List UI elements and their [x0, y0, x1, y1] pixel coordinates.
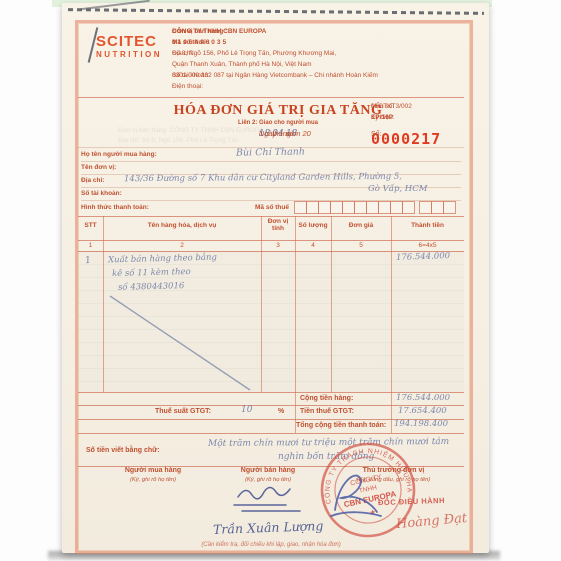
buyer-address2-handwritten: Gò Vấp, HCM [368, 184, 427, 194]
buyer-row-line [81, 161, 461, 162]
buyer-unit-label: Tên đơn vị: [81, 164, 116, 171]
buyer-name-label: Họ tên người mua hàng: [81, 151, 157, 158]
perforation-edge [68, 8, 484, 15]
seller-unit-value: CÔNG TY TNHH CBN EUROPA [172, 28, 266, 35]
tax-code-box [443, 201, 456, 214]
buyer-address-handwritten: 143/36 Đường số 7 Khu dân cư Cityland Ga… [124, 172, 402, 184]
director-role-overprint: ĐỐC ĐIỀU HÀNH [378, 496, 445, 507]
invoice-frame: SCITEC NUTRITION Đơn vị bán hàng : CÔNG … [75, 20, 473, 554]
col-number: 2 [103, 242, 261, 249]
col-header-unit: Đơn vị tính [261, 218, 295, 233]
seller-signature-title: Người bán hàng [213, 467, 323, 474]
buyer-name-handwritten: Bùi Chí Thanh [236, 146, 305, 158]
col-number: 5 [331, 242, 391, 249]
footer-note: (Cần kiểm tra, đối chiếu khi lập, giao, … [78, 542, 464, 548]
grand-total-handwritten: 194.198.400 [394, 419, 448, 429]
invoice-paper: SCITEC NUTRITION Đơn vị bán hàng : CÔNG … [62, 3, 489, 553]
col-header-description: Tên hàng hóa, dịch vụ [103, 222, 261, 229]
table-border [78, 240, 464, 241]
form-value: 01GTKT3/002 [371, 103, 412, 110]
table-border [78, 433, 464, 434]
header-divider [78, 97, 464, 98]
vat-rate-label: Thuế suất GTGT: [155, 408, 211, 416]
col-header-amount: Thành tiền [391, 222, 464, 229]
subtotal-label: Cộng tiền hàng: [300, 395, 353, 403]
table-border [78, 216, 464, 217]
payment-method-label: Hình thức thanh toán: [81, 204, 149, 211]
amount-in-words-label: Số tiền viết bằng chữ: [86, 447, 160, 455]
void-diagonal-line [78, 251, 464, 392]
col-number: 4 [295, 242, 331, 249]
logo-text-nutrition: NUTRITION [96, 50, 162, 59]
percent-sign: % [278, 408, 284, 416]
col-number: 3 [261, 242, 295, 249]
buyer-signature-sub: (Ký, ghi rõ họ tên) [98, 477, 208, 483]
tax-code-box [402, 201, 415, 214]
buyer-taxcode-label: Mã số thuế [255, 204, 289, 211]
seller-address-value: Số 8, Ngõ 156, Phố Lê Trọng Tấn, Phường … [172, 50, 336, 57]
grand-total-label: Tổng cộng tiền thanh toán: [296, 422, 386, 430]
director-signature-scribble [323, 466, 385, 524]
col-number: 1 [78, 242, 103, 249]
subtotal-handwritten: 176.544.000 [396, 393, 450, 403]
vat-amount-label: Tiền thuế GTGT: [300, 408, 354, 416]
seller-phone-label: Điện thoại: [172, 83, 203, 90]
invoice-number-label: Số: [371, 131, 382, 139]
seller-tax-value: 0106496035 [172, 39, 228, 46]
photo-background: SCITEC NUTRITION Đơn vị bán hàng : CÔNG … [0, 0, 561, 561]
col-header-unitprice: Đơn giá [331, 222, 391, 229]
seller-address-value2: Quận Thanh Xuân, Thành phố Hà Nội, Việt … [172, 61, 311, 68]
vat-rate-handwritten: 10 [241, 405, 252, 415]
seller-name-handwritten: Trần Xuân Lượng [213, 518, 324, 537]
buyer-signature-title: Người mua hàng [98, 467, 208, 474]
buyer-account-label: Số tài khoản: [81, 190, 122, 197]
invoice-number-line: Số: 0000217 [371, 131, 441, 148]
col-number: 6=4x5 [391, 242, 464, 249]
table-column-line [391, 392, 392, 433]
date-word-year: năm 20 [286, 129, 311, 138]
seller-signature-sub: (Ký, ghi rõ họ tên) [213, 477, 323, 483]
logo-text-scitec: SCITEC [96, 33, 162, 50]
seller-account-value: 0301 000 332 087 tại Ngân Hàng Vietcomba… [172, 72, 378, 79]
serial-value: EP/16P [371, 114, 393, 121]
seller-signature-scribble [228, 485, 312, 517]
vat-amount-handwritten: 17.654.400 [398, 406, 447, 416]
col-header-quantity: Số lượng [295, 222, 331, 229]
col-header-stt: STT [78, 222, 103, 229]
scitec-logo: SCITEC NUTRITION [96, 33, 162, 59]
buyer-address-label: Địa chỉ: [81, 177, 104, 184]
